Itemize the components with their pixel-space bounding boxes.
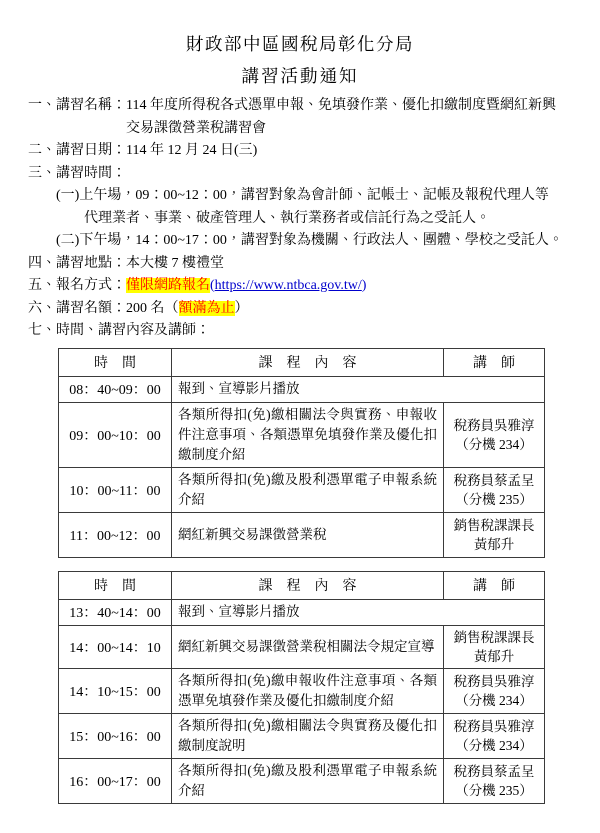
time-cell: 14：00~14：10 — [59, 625, 172, 668]
notice-body: 一、講習名稱：114 年度所得稅各式憑單申報、免填發作業、優化扣繳制度暨網紅新興… — [28, 95, 572, 343]
lecturer-name: 銷售稅課課長 — [445, 628, 543, 647]
time-cell: 14：10~15：00 — [59, 668, 172, 713]
item-3-sub-1-line-2: 代理業者、事業、破產管理人、執行業務者或信託行為之受託人。 — [28, 208, 572, 231]
column-header-time: 時 間 — [59, 348, 172, 376]
lecturer-cell: 銷售稅課課長 黃郁升 — [444, 625, 545, 668]
table-row: 14：10~15：00 各類所得扣(免)繳申報收件注意事項、各類憑單免填發作業及… — [59, 668, 545, 713]
lecturer-name: 稅務員蔡孟呈 — [445, 471, 543, 490]
item-3-sub-2-line: (二)下午場，14：00~17：00，講習對象為機關、行政法人、團體、學校之受託… — [28, 230, 572, 253]
course-cell: 各類所得扣(免)繳及股利憑單電子申報系統介紹 — [172, 758, 444, 803]
course-cell: 各類所得扣(免)繳相關法令與實務、申報收件注意事項、各類憑單免填發作業及優化扣繳… — [172, 402, 444, 467]
item-6-line: 六、講習名額：200 名（額滿為止） — [28, 298, 572, 321]
lecturer-cell: 稅務員蔡孟呈 （分機 235） — [444, 467, 545, 512]
column-header-lecturer: 講 師 — [444, 571, 545, 599]
column-header-course: 課 程 內 容 — [172, 571, 444, 599]
time-cell: 08：40~09：00 — [59, 376, 172, 402]
item-6-prefix: 六、講習名額：200 名（ — [28, 301, 179, 316]
lecturer-extension: （分機 235） — [445, 781, 543, 800]
lecturer-name: 銷售稅課課長 — [445, 516, 543, 535]
time-cell: 11：00~12：00 — [59, 512, 172, 557]
registration-url-link[interactable]: https://www.ntbca.gov.tw/ — [215, 278, 362, 293]
schedule-table-morning: 時 間 課 程 內 容 講 師 08：40~09：00 報到、宣導影片播放 09… — [58, 348, 545, 558]
course-cell: 網紅新興交易課徵營業稅 — [172, 512, 444, 557]
item-5-prefix: 五、報名方式： — [28, 278, 126, 293]
table-row: 15：00~16：00 各類所得扣(免)繳相關法令與實務及優化扣繳制度說明 稅務… — [59, 713, 545, 758]
item-1-label: 一、講習名稱： — [28, 98, 126, 113]
table-row: 10：00~11：00 各類所得扣(免)繳及股利憑單電子申報系統介紹 稅務員蔡孟… — [59, 467, 545, 512]
page-subtitle: 講習活動通知 — [28, 64, 572, 88]
quota-limit-highlight: 額滿為止 — [179, 301, 235, 316]
item-1-line-2: 交易課徵營業稅講習會 — [28, 118, 572, 141]
time-cell: 10：00~11：00 — [59, 467, 172, 512]
table-row: 16：00~17：00 各類所得扣(免)繳及股利憑單電子申報系統介紹 稅務員蔡孟… — [59, 758, 545, 803]
schedule-table-afternoon: 時 間 課 程 內 容 講 師 13：40~14：00 報到、宣導影片播放 14… — [58, 571, 545, 804]
lecturer-name: 稅務員吳雅淳 — [445, 416, 543, 435]
item-5-line: 五、報名方式：僅限網路報名(https://www.ntbca.gov.tw/) — [28, 275, 572, 298]
table-header-row: 時 間 課 程 內 容 講 師 — [59, 571, 545, 599]
lecturer-cell: 銷售稅課課長 黃郁升 — [444, 512, 545, 557]
time-cell: 16：00~17：00 — [59, 758, 172, 803]
page-title: 財政部中區國稅局彰化分局 — [28, 32, 572, 56]
notice-document-page: 財政部中區國稅局彰化分局 講習活動通知 一、講習名稱：114 年度所得稅各式憑單… — [0, 0, 600, 833]
table-row: 08：40~09：00 報到、宣導影片播放 — [59, 376, 545, 402]
url-paren-close: ) — [362, 278, 367, 293]
item-2-line: 二、講習日期：114 年 12 月 24 日(三) — [28, 140, 572, 163]
lecturer-cell: 稅務員吳雅淳 （分機 234） — [444, 668, 545, 713]
table-row: 11：00~12：00 網紅新興交易課徵營業稅 銷售稅課課長 黃郁升 — [59, 512, 545, 557]
registration-method-highlight: 僅限網路報名 — [126, 278, 210, 293]
table-row: 13：40~14：00 報到、宣導影片播放 — [59, 599, 545, 625]
course-cell: 報到、宣導影片播放 — [172, 376, 545, 402]
time-cell: 09：00~10：00 — [59, 402, 172, 467]
course-cell: 各類所得扣(免)繳相關法令與實務及優化扣繳制度說明 — [172, 713, 444, 758]
course-cell: 網紅新興交易課徵營業稅相關法令規定宣導 — [172, 625, 444, 668]
item-3-line: 三、講習時間： — [28, 163, 572, 186]
item-4-line: 四、講習地點：本大樓 7 樓禮堂 — [28, 253, 572, 276]
item-1-line-1: 一、講習名稱：114 年度所得稅各式憑單申報、免填發作業、優化扣繳制度暨網紅新興 — [28, 95, 572, 118]
item-6-suffix: ） — [235, 301, 249, 316]
lecturer-extension: （分機 235） — [445, 490, 543, 509]
column-header-course: 課 程 內 容 — [172, 348, 444, 376]
lecturer-extension: 黃郁升 — [445, 535, 543, 554]
course-cell: 各類所得扣(免)繳申報收件注意事項、各類憑單免填發作業及優化扣繳制度介紹 — [172, 668, 444, 713]
lecturer-extension: 黃郁升 — [445, 647, 543, 666]
item-3-sub-1-line-1: (一)上午場，09：00~12：00，講習對象為會計師、記帳士、記帳及報稅代理人… — [28, 185, 572, 208]
lecturer-extension: （分機 234） — [445, 736, 543, 755]
time-cell: 13：40~14：00 — [59, 599, 172, 625]
lecturer-extension: （分機 234） — [445, 691, 543, 710]
lecturer-cell: 稅務員吳雅淳 （分機 234） — [444, 402, 545, 467]
column-header-time: 時 間 — [59, 571, 172, 599]
item-7-line: 七、時間、講習內容及講師： — [28, 320, 572, 343]
lecturer-cell: 稅務員蔡孟呈 （分機 235） — [444, 758, 545, 803]
course-cell: 報到、宣導影片播放 — [172, 599, 545, 625]
lecturer-extension: （分機 234） — [445, 435, 543, 454]
table-row: 09：00~10：00 各類所得扣(免)繳相關法令與實務、申報收件注意事項、各類… — [59, 402, 545, 467]
item-1-text: 114 年度所得稅各式憑單申報、免填發作業、優化扣繳制度暨網紅新興 — [126, 98, 556, 113]
column-header-lecturer: 講 師 — [444, 348, 545, 376]
table-row: 14：00~14：10 網紅新興交易課徵營業稅相關法令規定宣導 銷售稅課課長 黃… — [59, 625, 545, 668]
time-cell: 15：00~16：00 — [59, 713, 172, 758]
lecturer-name: 稅務員蔡孟呈 — [445, 762, 543, 781]
lecturer-cell: 稅務員吳雅淳 （分機 234） — [444, 713, 545, 758]
lecturer-name: 稅務員吳雅淳 — [445, 672, 543, 691]
table-header-row: 時 間 課 程 內 容 講 師 — [59, 348, 545, 376]
lecturer-name: 稅務員吳雅淳 — [445, 717, 543, 736]
course-cell: 各類所得扣(免)繳及股利憑單電子申報系統介紹 — [172, 467, 444, 512]
